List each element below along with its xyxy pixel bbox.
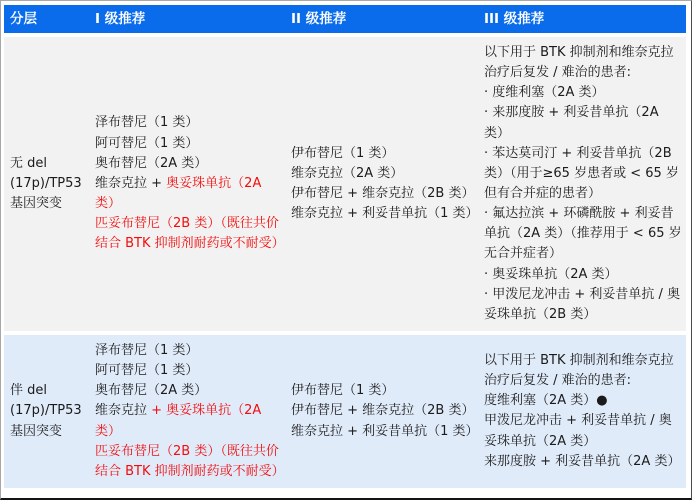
recommendation-line: 伊布替尼 + 维奈克拉（2B 类） [291, 401, 474, 421]
recommendation-line: 伊布替尼 + 维奈克拉（2B 类） [291, 184, 474, 204]
recommendation-line: 以下用于 BTK 抑制剂和维奈克拉治疗后复发 / 难治的患者: [484, 351, 682, 391]
recommendation-line: 伊布替尼（1 类） [291, 381, 474, 401]
recommendation-line: 泽布替尼（1 类） [95, 113, 281, 133]
header-cell-rec1: I 级推荐 [89, 5, 285, 33]
recommendation-line: 阿可替尼（1 类） [95, 134, 281, 154]
table-body: 无 del (17p)/TP53 基因突变泽布替尼（1 类）阿可替尼（1 类）奥… [4, 37, 686, 488]
document-page: 分层 I 级推荐 II 级推荐 III 级推荐 无 del (17p)/TP53… [0, 0, 692, 500]
recommendation-line: 甲泼尼龙冲击 + 利妥昔单抗 / 奥妥珠单抗（2A 类） [484, 411, 682, 451]
recommendation-line: 匹妥布替尼（2B 类）（既往共价结合 BTK 抑制剂耐药或不耐受） [95, 214, 281, 254]
recommendation-line: 阿可替尼（1 类） [95, 361, 281, 381]
recommendation-line: 奥布替尼（2A 类） [95, 154, 281, 174]
recommendation-line: 维奈克拉 + 利妥昔单抗（1 类） [291, 422, 474, 442]
recommendation-line: · 度维利塞（2A 类） [484, 83, 682, 103]
cell-rec1: 泽布替尼（1 类）阿可替尼（1 类）奥布替尼（2A 类）维奈克拉 + 奥妥珠单抗… [89, 37, 285, 331]
recommendation-line: 维奈克拉 + 利妥昔单抗（1 类） [291, 204, 474, 224]
recommendation-line: 泽布替尼（1 类） [95, 341, 281, 361]
recommendation-line: 维奈克拉（2A 类） [291, 164, 474, 184]
recommendation-table: 分层 I 级推荐 II 级推荐 III 级推荐 无 del (17p)/TP53… [4, 1, 686, 492]
header-cell-rec2: II 级推荐 [285, 5, 478, 33]
table-header: 分层 I 级推荐 II 级推荐 III 级推荐 [4, 5, 686, 33]
cell-stratification: 伴 del (17p)/TP53 基因突变 [4, 335, 89, 488]
header-row: 分层 I 级推荐 II 级推荐 III 级推荐 [4, 5, 686, 33]
cell-rec1: 泽布替尼（1 类）阿可替尼（1 类）奥布替尼（2A 类）维奈克拉 + 奥妥珠单抗… [89, 335, 285, 488]
cell-rec3: 以下用于 BTK 抑制剂和维奈克拉治疗后复发 / 难治的患者:度维利塞（2A 类… [478, 335, 686, 488]
cell-rec2: 伊布替尼（1 类）伊布替尼 + 维奈克拉（2B 类）维奈克拉 + 利妥昔单抗（1… [285, 335, 478, 488]
header-cell-rec3: III 级推荐 [478, 5, 686, 33]
recommendation-line: · 奥妥珠单抗（2A 类） [484, 265, 682, 285]
recommendation-line: 来那度胺 + 利妥昔单抗（2A 类） [484, 452, 682, 472]
recommendation-line: 伊布替尼（1 类） [291, 144, 474, 164]
recommendation-line: · 来那度胺 + 利妥昔单抗（2A 类） [484, 103, 682, 143]
table-row-with-del17p-tp53: 伴 del (17p)/TP53 基因突变泽布替尼（1 类）阿可替尼（1 类）奥… [4, 335, 686, 488]
recommendation-line: · 甲泼尼龙冲击 + 利妥昔单抗 / 奥妥珠单抗（2B 类） [484, 285, 682, 325]
recommendation-line: 度维利塞（2A 类）● [484, 391, 682, 411]
recommendation-line: · 氟达拉滨 + 环磷酰胺 + 利妥昔单抗（2A 类）（推荐用于 < 65 岁无… [484, 204, 682, 264]
recommendation-line: 维奈克拉 + 奥妥珠单抗（2A 类） [95, 174, 281, 214]
recommendation-line: · 苯达莫司汀 + 利妥昔单抗（2B 类）（用于≥65 岁患者或 < 65 岁但… [484, 144, 682, 204]
recommendation-line: 奥布替尼（2A 类） [95, 381, 281, 401]
recommendation-line: 维奈克拉 + 奥妥珠单抗（2A 类） [95, 401, 281, 441]
recommendation-line: 匹妥布替尼（2B 类）（既往共价结合 BTK 抑制剂耐药或不耐受） [95, 442, 281, 482]
header-cell-stratification: 分层 [4, 5, 89, 33]
recommendation-line: 以下用于 BTK 抑制剂和维奈克拉治疗后复发 / 难治的患者: [484, 43, 682, 83]
cell-rec2: 伊布替尼（1 类）维奈克拉（2A 类）伊布替尼 + 维奈克拉（2B 类）维奈克拉… [285, 37, 478, 331]
table-row-no-del17p-tp53: 无 del (17p)/TP53 基因突变泽布替尼（1 类）阿可替尼（1 类）奥… [4, 37, 686, 331]
cell-stratification: 无 del (17p)/TP53 基因突变 [4, 37, 89, 331]
cell-rec3: 以下用于 BTK 抑制剂和维奈克拉治疗后复发 / 难治的患者:· 度维利塞（2A… [478, 37, 686, 331]
